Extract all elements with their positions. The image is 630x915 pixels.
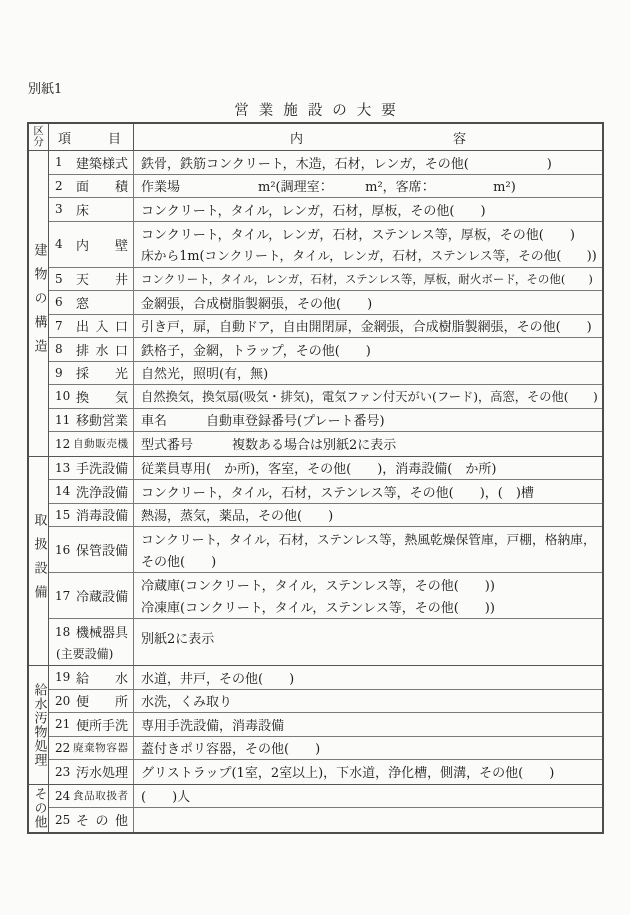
content-line: 鉄格子，金網，トラップ，その他( ) bbox=[141, 340, 598, 359]
item-label-char: 光 bbox=[115, 363, 128, 382]
item-content: 鉄骨，鉄筋コンクリート，木造，石材，レンガ，その他( ) bbox=[134, 151, 602, 174]
header-item: 項 目 bbox=[49, 124, 134, 150]
item-label-char: 取 bbox=[95, 788, 106, 803]
table-row: 20便所水洗，くみ取り bbox=[49, 690, 602, 714]
item-content: 金網張，合成樹脂製網張，その他( ) bbox=[134, 291, 602, 314]
item-label-char: 保 bbox=[76, 540, 89, 559]
item-label-char: 洗 bbox=[89, 458, 102, 477]
table-groups: 建物の構造1建築様式鉄骨，鉄筋コンクリート，木造，石材，レンガ，その他( )2面… bbox=[29, 151, 602, 832]
content-line: ( )人 bbox=[141, 786, 598, 805]
page-title: 営業施設の大要 bbox=[0, 99, 630, 120]
item-number: 23 bbox=[55, 765, 72, 779]
item-label-char: 井 bbox=[115, 269, 128, 288]
content-line: 引き戸，扉，自動ドア，自由開閉扉，金網張，合成樹脂製網張，その他( ) bbox=[141, 316, 598, 335]
item-number: 8 bbox=[55, 342, 72, 356]
document-page: 別紙1 営業施設の大要 区 分 項 目 内 容 建物の構造1建築様式鉄骨，鉄筋コ… bbox=[0, 0, 630, 915]
group-rows: 24食品取扱者( )人25その他 bbox=[49, 785, 602, 832]
item-label-char: 械 bbox=[89, 622, 102, 641]
item-label: 建築様式 bbox=[76, 153, 128, 172]
item-cell: 16保管設備 bbox=[49, 527, 134, 572]
item-label-char: 建 bbox=[76, 153, 89, 172]
item-label: 排水口 bbox=[76, 340, 128, 359]
item-label-char: 洗 bbox=[115, 715, 128, 734]
item-number: 17 bbox=[55, 589, 72, 603]
item-label-char: 毒 bbox=[89, 505, 102, 524]
item-label-char: 冷 bbox=[76, 586, 89, 605]
content-line: 金網張，合成樹脂製網張，その他( ) bbox=[141, 293, 598, 312]
item-cell: 1建築様式 bbox=[49, 151, 134, 174]
table-row: 23汚水処理グリストラップ(1室，2室以上)，下水道，浄化槽，側溝，その他( ) bbox=[49, 760, 602, 784]
item-cell-line: 2面積 bbox=[55, 176, 128, 195]
item-label-char: 販 bbox=[95, 436, 106, 451]
item-label: 床 bbox=[76, 200, 128, 219]
table-row: 13手洗設備従業員専用( か所)，客室，その他( )，消毒設備( か所) bbox=[49, 457, 602, 481]
category-label: 取扱設備 bbox=[29, 513, 49, 609]
item-content: ( )人 bbox=[134, 785, 602, 808]
item-number: 16 bbox=[55, 543, 72, 557]
item-label: 出入口 bbox=[76, 316, 128, 335]
item-label: 汚水処理 bbox=[76, 762, 128, 781]
item-label: 採光 bbox=[76, 363, 128, 382]
header-category: 区 分 bbox=[29, 124, 49, 150]
item-content bbox=[134, 808, 602, 832]
item-cell-line: 8排水口 bbox=[55, 340, 128, 359]
content-line: 熱湯，蒸気，薬品，その他( ) bbox=[141, 505, 598, 524]
item-cell-line: 14洗浄設備 bbox=[55, 482, 128, 501]
item-number: 22 bbox=[55, 741, 72, 755]
content-line: コンクリート，タイル，石材，ステンレス等，熱風乾燥保管庫，戸棚，格納庫， bbox=[141, 529, 598, 548]
content-line: 床から1m(コンクリート，タイル，レンガ，石材，ステンレス等，その他( )) bbox=[141, 245, 598, 264]
item-label-char: 積 bbox=[115, 176, 128, 195]
table-row: 8排水口鉄格子，金網，トラップ，その他( ) bbox=[49, 338, 602, 362]
item-content: コンクリート，タイル，レンガ，石材，厚板，その他( ) bbox=[134, 198, 602, 221]
item-content: 水道，井戸，その他( ) bbox=[134, 666, 602, 689]
item-label-char: 気 bbox=[115, 387, 128, 406]
item-content: 従業員専用( か所)，客室，その他( )，消毒設備( か所) bbox=[134, 457, 602, 480]
category-cell: その他 bbox=[29, 785, 49, 832]
item-label: 消毒設備 bbox=[76, 505, 128, 524]
item-label-char: 備 bbox=[115, 482, 128, 501]
table-row: 2面積作業場 m²(調理室： m²，客席： m²) bbox=[49, 175, 602, 199]
item-cell: 2面積 bbox=[49, 175, 134, 198]
item-label-char: 様 bbox=[102, 153, 115, 172]
header-content: 内 容 bbox=[134, 124, 602, 150]
item-label-char: 器 bbox=[102, 622, 115, 641]
item-number: 6 bbox=[55, 295, 72, 309]
item-cell-line: 22廃棄物容器 bbox=[55, 740, 128, 755]
item-label-char: 扱 bbox=[106, 788, 117, 803]
item-label-char: 蔵 bbox=[89, 586, 102, 605]
item-label-char: 機 bbox=[118, 436, 129, 451]
item-label-char: 設 bbox=[102, 482, 115, 501]
table-row: 17冷蔵設備冷蔵庫(コンクリート，タイル，ステンレス等，その他( ))冷凍庫(コ… bbox=[49, 573, 602, 619]
item-label-char: 水 bbox=[95, 340, 108, 359]
item-label-char: 物 bbox=[95, 740, 106, 755]
table-row: 11移動営業車名 自動車登録番号(プレート番号) bbox=[49, 409, 602, 433]
item-label-char: 内 bbox=[76, 235, 89, 254]
item-cell: 15消毒設備 bbox=[49, 504, 134, 527]
item-number: 5 bbox=[55, 272, 72, 286]
item-content: 冷蔵庫(コンクリート，タイル，ステンレス等，その他( ))冷凍庫(コンクリート，… bbox=[134, 573, 602, 618]
item-label-char: 業 bbox=[115, 410, 128, 429]
header-item-char: 目 bbox=[108, 128, 121, 147]
category-label: その他 bbox=[29, 787, 49, 829]
item-label-char: 所 bbox=[89, 715, 102, 734]
item-cell-line: 6窓 bbox=[55, 293, 128, 312]
item-cell-line: 15消毒設備 bbox=[55, 505, 128, 524]
table-row: 1建築様式鉄骨，鉄筋コンクリート，木造，石材，レンガ，その他( ) bbox=[49, 151, 602, 175]
item-label-char: 便 bbox=[76, 691, 89, 710]
item-number: 2 bbox=[55, 179, 72, 193]
table-group: 取扱設備13手洗設備従業員専用( か所)，客室，その他( )，消毒設備( か所)… bbox=[29, 457, 602, 667]
table-row: 12自動販売機型式番号 複数ある場合は別紙2に表示 bbox=[49, 432, 602, 456]
item-cell: 17冷蔵設備 bbox=[49, 573, 134, 618]
category-label: 建物の構造 bbox=[29, 243, 49, 363]
content-line: 水洗，くみ取り bbox=[141, 691, 598, 710]
item-cell: 20便所 bbox=[49, 690, 134, 713]
item-content: グリストラップ(1室，2室以上)，下水道，浄化槽，側溝，その他( ) bbox=[134, 760, 602, 784]
item-content: 自然光，照明(有，無) bbox=[134, 362, 602, 385]
item-number: 20 bbox=[55, 694, 72, 708]
item-label: 手洗設備 bbox=[76, 458, 128, 477]
item-cell-line: 5天井 bbox=[55, 269, 128, 288]
item-cell: 8排水口 bbox=[49, 338, 134, 361]
content-line: 冷凍庫(コンクリート，タイル，ステンレス等，その他( )) bbox=[141, 597, 598, 616]
item-cell: 18機械器具(主要設備) bbox=[49, 619, 134, 665]
item-label: 食品取扱者 bbox=[73, 788, 128, 803]
item-number: 3 bbox=[55, 202, 72, 216]
item-content: 引き戸，扉，自動ドア，自由開閉扉，金網張，合成樹脂製網張，その他( ) bbox=[134, 315, 602, 338]
table-row: 18機械器具(主要設備)別紙2に表示 bbox=[49, 619, 602, 665]
item-label-char: 動 bbox=[84, 436, 95, 451]
table-group: 建物の構造1建築様式鉄骨，鉄筋コンクリート，木造，石材，レンガ，その他( )2面… bbox=[29, 151, 602, 457]
item-cell-line: 11移動営業 bbox=[55, 410, 128, 429]
item-label-char: 式 bbox=[115, 153, 128, 172]
item-label-line2: (主要設備) bbox=[55, 645, 128, 662]
content-line: コンクリート，タイル，レンガ，石材，ステンレス等，厚板，耐火ボード，その他( ) bbox=[141, 271, 598, 287]
item-label-char: 売 bbox=[106, 436, 117, 451]
item-label-char: 管 bbox=[89, 540, 102, 559]
item-content: 鉄格子，金網，トラップ，その他( ) bbox=[134, 338, 602, 361]
item-cell-line: 10換気 bbox=[55, 387, 128, 406]
item-number: 25 bbox=[55, 813, 72, 827]
item-content: 蓋付きポリ容器，その他( ) bbox=[134, 737, 602, 760]
item-label: 自動販売機 bbox=[73, 436, 128, 451]
header-item-char: 項 bbox=[58, 128, 71, 147]
facilities-table: 区 分 項 目 内 容 建物の構造1建築様式鉄骨，鉄筋コンクリート，木造，石材，… bbox=[27, 122, 604, 834]
group-rows: 13手洗設備従業員専用( か所)，客室，その他( )，消毒設備( か所)14洗浄… bbox=[49, 457, 602, 666]
content-line: 水道，井戸，その他( ) bbox=[141, 668, 598, 687]
table-row: 19給水水道，井戸，その他( ) bbox=[49, 666, 602, 690]
content-line: その他( ) bbox=[141, 551, 598, 570]
item-cell-line: 9採光 bbox=[55, 363, 128, 382]
item-label-char: 給 bbox=[76, 668, 89, 687]
table-row: 5天井コンクリート，タイル，レンガ，石材，ステンレス等，厚板，耐火ボード，その他… bbox=[49, 268, 602, 292]
item-cell-line: 24食品取扱者 bbox=[55, 788, 128, 803]
content-line: 別紙2に表示 bbox=[141, 628, 598, 647]
item-number: 1 bbox=[55, 155, 72, 169]
item-label-char: 汚 bbox=[76, 762, 89, 781]
group-rows: 1建築様式鉄骨，鉄筋コンクリート，木造，石材，レンガ，その他( )2面積作業場 … bbox=[49, 151, 602, 456]
item-cell: 23汚水処理 bbox=[49, 760, 134, 784]
item-label-char: 面 bbox=[76, 176, 89, 195]
item-cell: 3床 bbox=[49, 198, 134, 221]
header-content-char: 内 bbox=[290, 128, 303, 147]
content-line: 冷蔵庫(コンクリート，タイル，ステンレス等，その他( )) bbox=[141, 575, 598, 594]
item-number: 10 bbox=[55, 389, 72, 403]
item-number: 12 bbox=[55, 437, 72, 451]
item-label-char: 他 bbox=[115, 810, 128, 829]
category-cell: 取扱設備 bbox=[29, 457, 49, 666]
item-cell: 21便所手洗 bbox=[49, 713, 134, 736]
content-line: 自然光，照明(有，無) bbox=[141, 363, 598, 382]
item-number: 18 bbox=[55, 625, 72, 639]
item-label-char: 理 bbox=[115, 762, 128, 781]
item-cell-line: 12自動販売機 bbox=[55, 436, 128, 451]
item-number: 15 bbox=[55, 508, 72, 522]
item-label-char: 備 bbox=[115, 540, 128, 559]
item-label-char: 設 bbox=[102, 586, 115, 605]
table-row: 15消毒設備熱湯，蒸気，薬品，その他( ) bbox=[49, 504, 602, 528]
item-label: 冷蔵設備 bbox=[76, 586, 128, 605]
item-label-char: 浄 bbox=[89, 482, 102, 501]
item-cell-line: 23汚水処理 bbox=[55, 762, 128, 781]
content-line: 作業場 m²(調理室： m²，客席： m²) bbox=[141, 176, 598, 195]
item-content: コンクリート，タイル，レンガ，石材，ステンレス等，厚板，耐火ボード，その他( ) bbox=[134, 268, 602, 291]
item-content: コンクリート，タイル，石材，ステンレス等，その他( )，( )槽 bbox=[134, 480, 602, 503]
content-line: 鉄骨，鉄筋コンクリート，木造，石材，レンガ，その他( ) bbox=[141, 153, 598, 172]
item-label-char: 営 bbox=[102, 410, 115, 429]
item-label-char: 換 bbox=[76, 387, 89, 406]
item-label-char: 自 bbox=[73, 436, 84, 451]
item-cell: 9採光 bbox=[49, 362, 134, 385]
content-line: 専用手洗設備，消毒設備 bbox=[141, 715, 598, 734]
content-line: コンクリート，タイル，石材，ステンレス等，その他( )，( )槽 bbox=[141, 482, 598, 501]
table-row: 4内壁コンクリート，タイル，レンガ，石材，ステンレス等，厚板，その他( )床から… bbox=[49, 222, 602, 268]
content-line: グリストラップ(1室，2室以上)，下水道，浄化槽，側溝，その他( ) bbox=[141, 762, 598, 781]
item-label-char: 水 bbox=[115, 668, 128, 687]
item-cell: 11移動営業 bbox=[49, 409, 134, 432]
item-label-char: 容 bbox=[106, 740, 117, 755]
item-cell-line: 13手洗設備 bbox=[55, 458, 128, 477]
item-cell-line: 18機械器具 bbox=[55, 622, 128, 641]
category-cell: 建物の構造 bbox=[29, 151, 49, 456]
item-label: 廃棄物容器 bbox=[73, 740, 128, 755]
table-row: 7出入口引き戸，扉，自動ドア，自由開閉扉，金網張，合成樹脂製網張，その他( ) bbox=[49, 315, 602, 339]
item-content: 専用手洗設備，消毒設備 bbox=[134, 713, 602, 736]
item-label-char: 便 bbox=[76, 715, 89, 734]
item-label-char: 棄 bbox=[84, 740, 95, 755]
item-cell: 10換気 bbox=[49, 385, 134, 408]
item-label-char: 設 bbox=[102, 540, 115, 559]
item-cell: 12自動販売機 bbox=[49, 432, 134, 456]
item-label-char: 壁 bbox=[115, 235, 128, 254]
sheet-label: 別紙1 bbox=[28, 78, 62, 97]
item-label: 面積 bbox=[76, 176, 128, 195]
item-label: その他 bbox=[76, 810, 128, 829]
item-label: 洗浄設備 bbox=[76, 482, 128, 501]
item-label-char: 口 bbox=[115, 316, 128, 335]
item-number: 4 bbox=[55, 237, 72, 251]
item-label: 換気 bbox=[76, 387, 128, 406]
header-category-char: 分 bbox=[33, 137, 44, 148]
item-cell: 25その他 bbox=[49, 808, 134, 832]
table-row: 24食品取扱者( )人 bbox=[49, 785, 602, 809]
item-cell-line: 4内壁 bbox=[55, 235, 128, 254]
item-label-char: 口 bbox=[115, 340, 128, 359]
item-label-char: 排 bbox=[76, 340, 89, 359]
content-line: 蓋付きポリ容器，その他( ) bbox=[141, 738, 598, 757]
item-content: コンクリート，タイル，レンガ，石材，ステンレス等，厚板，その他( )床から1m(… bbox=[134, 222, 602, 267]
item-cell: 22廃棄物容器 bbox=[49, 737, 134, 760]
table-row: 9採光自然光，照明(有，無) bbox=[49, 362, 602, 386]
table-row: 16保管設備コンクリート，タイル，石材，ステンレス等，熱風乾燥保管庫，戸棚，格納… bbox=[49, 527, 602, 573]
item-content: 別紙2に表示 bbox=[134, 619, 602, 665]
item-number: 7 bbox=[55, 319, 72, 333]
item-cell: 13手洗設備 bbox=[49, 457, 134, 480]
item-cell: 5天井 bbox=[49, 268, 134, 291]
item-label-char: 食 bbox=[73, 788, 84, 803]
item-content: 自然換気，換気扇(吸気・排気)，電気ファン付天がい(フード)，高窓，その他( ) bbox=[134, 385, 602, 408]
item-number: 14 bbox=[55, 484, 72, 498]
content-line: 自然換気，換気扇(吸気・排気)，電気ファン付天がい(フード)，高窓，その他( ) bbox=[141, 387, 598, 405]
item-content: 熱湯，蒸気，薬品，その他( ) bbox=[134, 504, 602, 527]
item-cell: 24食品取扱者 bbox=[49, 785, 134, 808]
item-cell: 7出入口 bbox=[49, 315, 134, 338]
item-label-char: 消 bbox=[76, 505, 89, 524]
item-label-char: 廃 bbox=[73, 740, 84, 755]
content-line: 車名 自動車登録番号(プレート番号) bbox=[141, 410, 598, 429]
item-label-char: 採 bbox=[76, 363, 89, 382]
item-content: 作業場 m²(調理室： m²，客席： m²) bbox=[134, 175, 602, 198]
table-header-row: 区 分 項 目 内 容 bbox=[29, 124, 602, 151]
item-number: 21 bbox=[55, 717, 72, 731]
item-cell: 14洗浄設備 bbox=[49, 480, 134, 503]
item-content: コンクリート，タイル，石材，ステンレス等，熱風乾燥保管庫，戸棚，格納庫，その他(… bbox=[134, 527, 602, 572]
table-row: 6窓金網張，合成樹脂製網張，その他( ) bbox=[49, 291, 602, 315]
item-number: 13 bbox=[55, 461, 72, 475]
item-label-char: 設 bbox=[102, 458, 115, 477]
category-cell: 給水汚物処理 bbox=[29, 666, 49, 784]
item-cell: 6窓 bbox=[49, 291, 134, 314]
header-content-char: 容 bbox=[453, 128, 466, 147]
item-cell-line: 7出入口 bbox=[55, 316, 128, 335]
item-content: 水洗，くみ取り bbox=[134, 690, 602, 713]
item-label: 便所 bbox=[76, 691, 128, 710]
item-label-char: 洗 bbox=[76, 482, 89, 501]
item-cell: 19給水 bbox=[49, 666, 134, 689]
group-rows: 19給水水道，井戸，その他( )20便所水洗，くみ取り21便所手洗専用手洗設備，… bbox=[49, 666, 602, 784]
item-label-char: そ bbox=[76, 810, 89, 829]
item-label-char: 具 bbox=[115, 622, 128, 641]
item-label-char: 設 bbox=[102, 505, 115, 524]
item-label-char: 手 bbox=[102, 715, 115, 734]
item-label-char: 機 bbox=[76, 622, 89, 641]
item-label-char: 者 bbox=[118, 788, 129, 803]
item-label-char: 処 bbox=[102, 762, 115, 781]
item-cell-line: 1建築様式 bbox=[55, 153, 128, 172]
item-cell-line: 21便所手洗 bbox=[55, 715, 128, 734]
item-number: 9 bbox=[55, 366, 72, 380]
item-cell: 4内壁 bbox=[49, 222, 134, 267]
item-number: 19 bbox=[55, 670, 72, 684]
table-group: その他24食品取扱者( )人25その他 bbox=[29, 785, 602, 832]
item-label-char: 器 bbox=[118, 740, 129, 755]
item-label-char: 備 bbox=[115, 586, 128, 605]
item-label-char: 備 bbox=[115, 458, 128, 477]
item-cell-line: 25その他 bbox=[55, 810, 128, 829]
table-row: 10換気自然換気，換気扇(吸気・排気)，電気ファン付天がい(フード)，高窓，その… bbox=[49, 385, 602, 409]
table-row: 14洗浄設備コンクリート，タイル，石材，ステンレス等，その他( )，( )槽 bbox=[49, 480, 602, 504]
item-number: 24 bbox=[55, 789, 72, 803]
item-label: 保管設備 bbox=[76, 540, 128, 559]
content-line: コンクリート，タイル，レンガ，石材，厚板，その他( ) bbox=[141, 200, 598, 219]
item-label: 天井 bbox=[76, 269, 128, 288]
item-cell-line: 17冷蔵設備 bbox=[55, 586, 128, 605]
table-row: 22廃棄物容器蓋付きポリ容器，その他( ) bbox=[49, 737, 602, 761]
table-row: 21便所手洗専用手洗設備，消毒設備 bbox=[49, 713, 602, 737]
content-line: 型式番号 複数ある場合は別紙2に表示 bbox=[141, 434, 598, 453]
item-cell-line: 19給水 bbox=[55, 668, 128, 687]
item-cell-line: 20便所 bbox=[55, 691, 128, 710]
item-label: 給水 bbox=[76, 668, 128, 687]
item-label: 便所手洗 bbox=[76, 715, 128, 734]
category-label: 給水汚物処理 bbox=[29, 683, 49, 767]
item-label-char: 所 bbox=[115, 691, 128, 710]
item-label-char: 手 bbox=[76, 458, 89, 477]
item-label: 機械器具 bbox=[76, 622, 128, 641]
item-label-char: 移 bbox=[76, 410, 89, 429]
content-line: コンクリート，タイル，レンガ，石材，ステンレス等，厚板，その他( ) bbox=[141, 224, 598, 243]
item-label-char: の bbox=[95, 810, 108, 829]
item-label-char: 備 bbox=[115, 505, 128, 524]
item-cell-line: 3床 bbox=[55, 200, 128, 219]
item-content: 車名 自動車登録番号(プレート番号) bbox=[134, 409, 602, 432]
item-label: 移動営業 bbox=[76, 410, 128, 429]
item-label-char: 床 bbox=[76, 200, 89, 219]
item-label-char: 水 bbox=[89, 762, 102, 781]
item-cell-line: 16保管設備 bbox=[55, 540, 128, 559]
table-row: 3床コンクリート，タイル，レンガ，石材，厚板，その他( ) bbox=[49, 198, 602, 222]
table-row: 25その他 bbox=[49, 808, 602, 832]
item-label: 窓 bbox=[76, 293, 128, 312]
item-label: 内壁 bbox=[76, 235, 128, 254]
item-label-char: 天 bbox=[76, 269, 89, 288]
table-group: 給水汚物処理19給水水道，井戸，その他( )20便所水洗，くみ取り21便所手洗専… bbox=[29, 666, 602, 785]
item-number: 11 bbox=[55, 413, 72, 427]
item-content: 型式番号 複数ある場合は別紙2に表示 bbox=[134, 432, 602, 456]
item-label-char: 出 bbox=[76, 316, 89, 335]
item-label-char: 動 bbox=[89, 410, 102, 429]
item-label-char: 窓 bbox=[76, 293, 89, 312]
content-line: 従業員専用( か所)，客室，その他( )，消毒設備( か所) bbox=[141, 458, 598, 477]
item-label-char: 入 bbox=[95, 316, 108, 335]
item-label-char: 築 bbox=[89, 153, 102, 172]
item-label-char: 品 bbox=[84, 788, 95, 803]
